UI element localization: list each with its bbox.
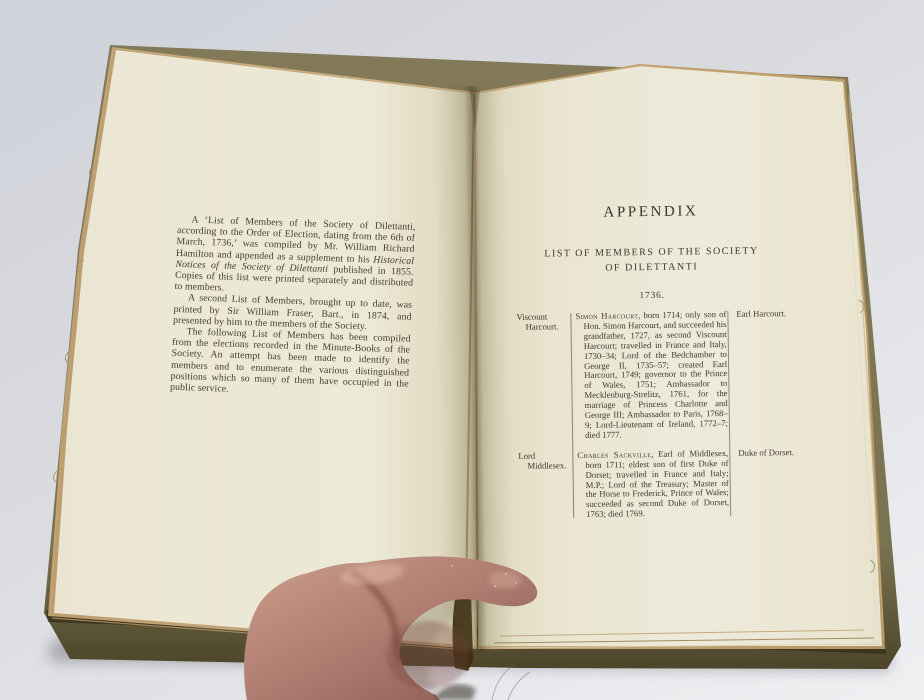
hand <box>0 0 924 700</box>
stray-hairs <box>492 664 530 700</box>
book-photo: A ‘List of Members of the Society of Dil… <box>0 0 924 700</box>
palm-shadow <box>386 621 470 689</box>
